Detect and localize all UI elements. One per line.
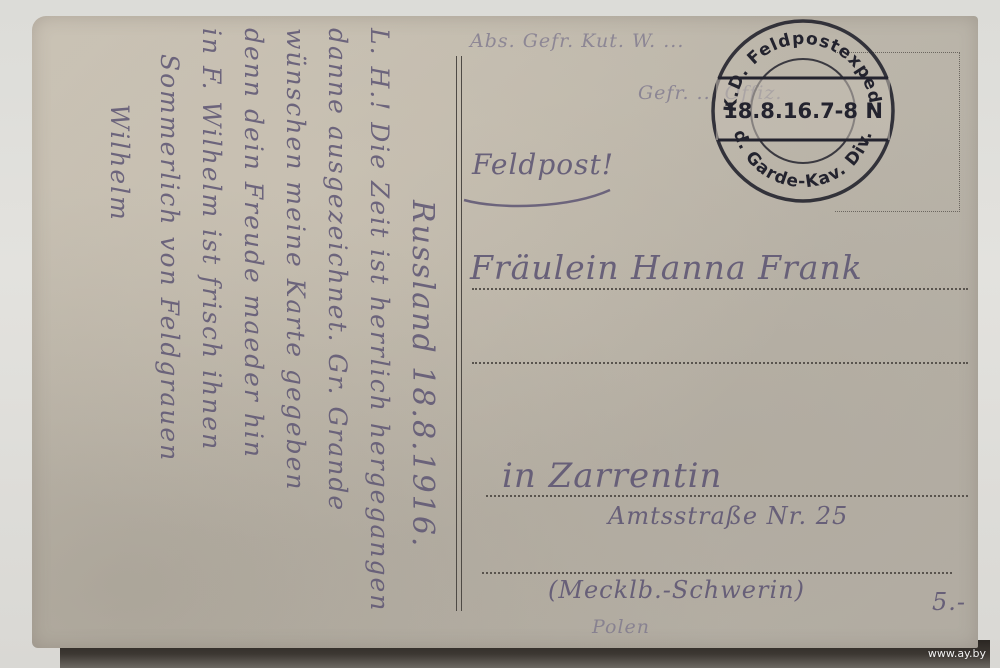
sender-line-1: Abs. Gefr. Kut. W. ... [470, 30, 684, 52]
recipient-street: Amtsstraße Nr. 25 [608, 502, 848, 530]
message-line: in F. Wilhelm ist frisch ihnen [197, 28, 226, 451]
message-line: denn dein Freude maeder hin [239, 28, 268, 459]
address-line-2 [472, 362, 968, 364]
message-place-date: Russland 18.8.1916. [405, 200, 440, 548]
recipient-city: in Zarrentin [502, 456, 722, 496]
address-line-4 [482, 572, 952, 574]
center-divider [456, 56, 462, 611]
message-signature: Wilhelm [105, 104, 134, 222]
price-note: 5.- [932, 588, 966, 616]
underline-flourish [460, 176, 630, 216]
message-line: L. H.! Die Zeit ist herrlich hergegangen [365, 28, 394, 612]
printed-faint-text: Polen [592, 616, 650, 638]
postmark-stamp: K.D. Feldpostexped. 18.8.16.7-8 N d. Gar… [708, 16, 898, 206]
address-line-1 [472, 288, 968, 290]
postcard: Russland 18.8.1916. L. H.! Die Zeit ist … [32, 16, 978, 648]
recipient-name: Fräulein Hanna Frank [470, 248, 863, 287]
message-line: wünschen meine Karte gegeben [281, 28, 310, 492]
message-line: danne ausgezeichnet. Gr. Grande [323, 28, 352, 512]
postmark-date: 18.8.16.7-8 N [723, 99, 883, 123]
watermark: www.ay.by [928, 647, 986, 660]
message-line: Sommerlich von Feldgrauen [155, 54, 184, 462]
recipient-region: (Mecklb.-Schwerin) [548, 576, 805, 604]
